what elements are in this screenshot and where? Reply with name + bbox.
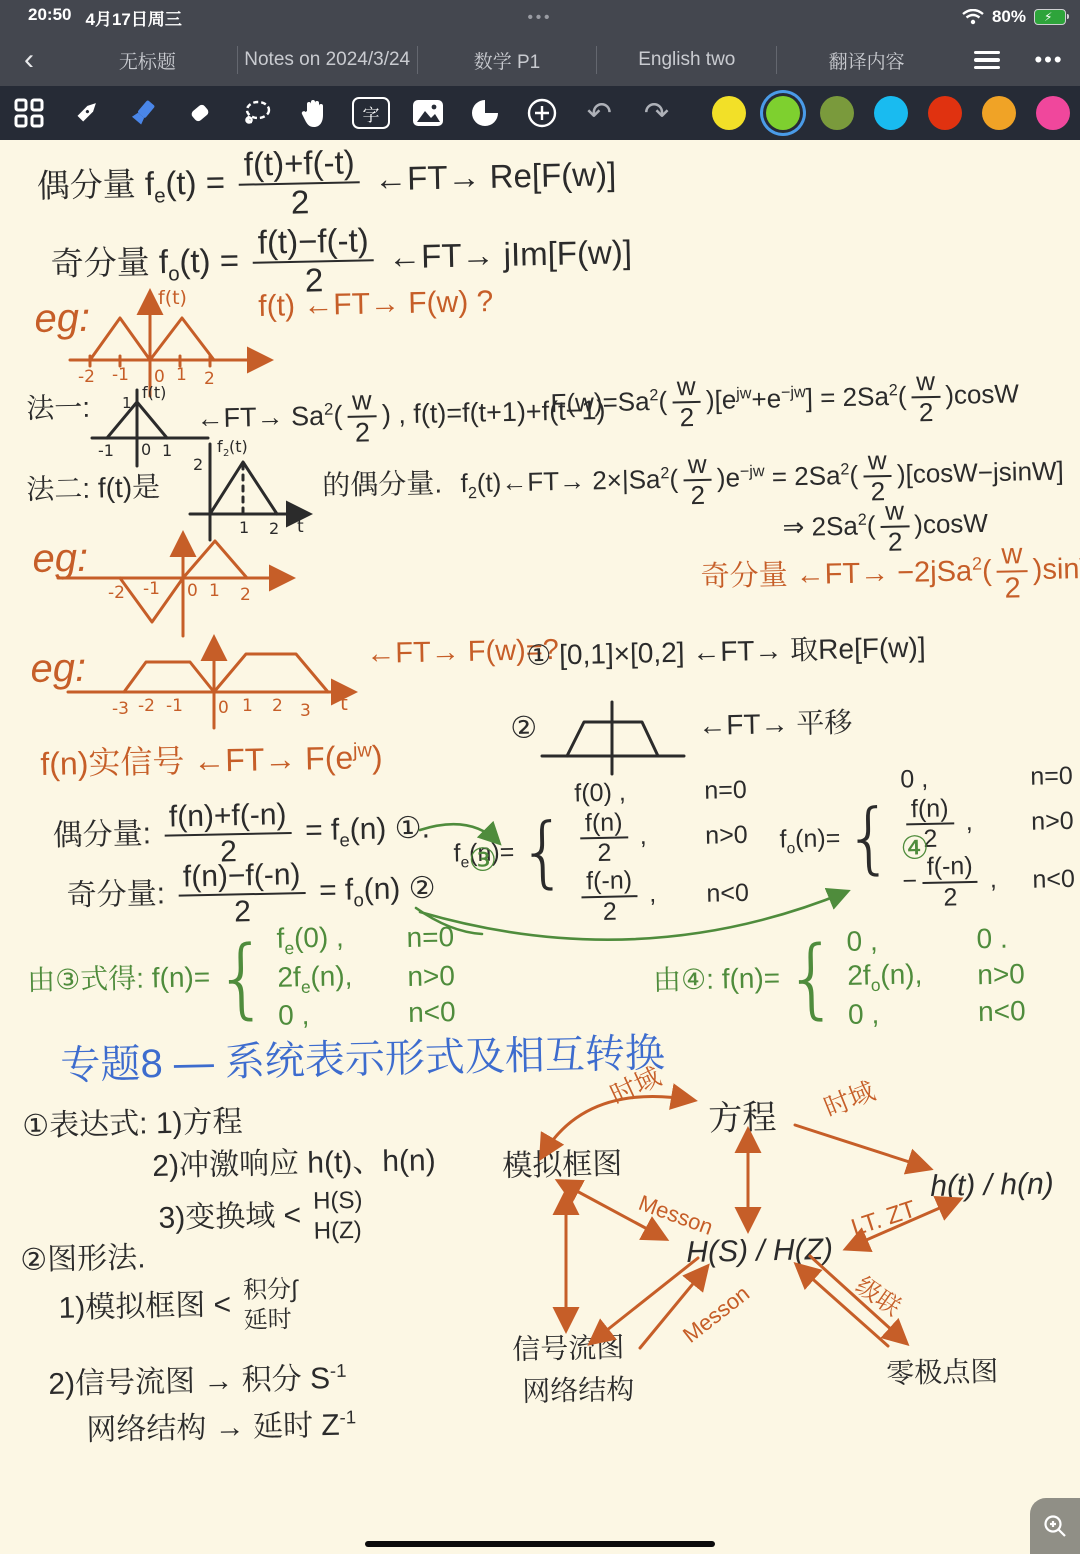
shape-icon[interactable] <box>457 91 514 135</box>
zoom-button[interactable] <box>1030 1498 1080 1554</box>
graph-eg1-double-triangle: -2-1012f(t) <box>70 288 280 400</box>
eraser-icon[interactable] <box>171 91 228 135</box>
back-chevron-icon[interactable]: ‹ <box>0 45 58 75</box>
tab-math-p1[interactable]: 数学 P1 <box>418 47 597 74</box>
grid-icon[interactable] <box>0 91 57 135</box>
svg-text:0: 0 <box>187 581 198 601</box>
svg-text:0: 0 <box>141 440 151 459</box>
svg-text:2: 2 <box>272 696 283 716</box>
tab-notes-date[interactable]: Notes on 2024/3/24 <box>238 49 417 71</box>
expr-item-1: ①表达式: 1)方程 <box>22 1105 243 1144</box>
svg-text:2: 2 <box>193 455 203 474</box>
fn-real-signal: f(n)实信号 ←FT→ F(ejw) <box>40 739 383 783</box>
method-2-label: 法二: f(t)是 <box>26 471 160 506</box>
tab-untitled[interactable]: 无标题 <box>58 47 237 74</box>
svg-text:-1: -1 <box>143 579 160 599</box>
color-swatch-3[interactable] <box>874 96 908 130</box>
eg2-result: 奇分量 ←FT→ −2jSa2(w2)sinW <box>700 537 1080 610</box>
graph-eg3-trapezoids: -3-2-10123t <box>68 636 378 740</box>
svg-text:2: 2 <box>240 585 251 605</box>
text-tool-glyph: 字 <box>363 101 380 126</box>
magnifier-plus-icon <box>1042 1513 1068 1539</box>
eg1-question: f(t) ←FT→ F(w) ? <box>258 285 494 324</box>
page-list-icon[interactable] <box>956 47 1018 74</box>
note-2: ←FT→ 平移 <box>698 707 853 742</box>
home-indicator[interactable] <box>365 1541 715 1547</box>
battery-percent: 80% <box>992 7 1026 27</box>
note-2-num: ② <box>510 711 538 746</box>
svg-text:f(t): f(t) <box>142 383 166 402</box>
color-swatch-2[interactable] <box>820 96 854 130</box>
formula-even-component-t: 偶分量 fe(t) = f(t)+f(-t)2 ←FT→ Re[F(w)] <box>36 140 617 225</box>
svg-text:-1: -1 <box>98 441 114 460</box>
svg-text:-2: -2 <box>78 367 95 387</box>
tab-english-two[interactable]: English two <box>597 49 776 71</box>
color-swatch-0[interactable] <box>712 96 746 130</box>
svg-text:1: 1 <box>162 441 172 460</box>
color-swatch-5[interactable] <box>982 96 1016 130</box>
status-bar: 20:50 4月17日周三 ••• 80% ⚡︎ <box>0 0 1080 34</box>
svg-text:-2: -2 <box>138 696 155 716</box>
green-links <box>380 780 940 990</box>
color-swatches <box>702 96 1080 130</box>
undo-icon[interactable]: ↶ <box>571 91 628 135</box>
svg-text:3: 3 <box>300 701 311 721</box>
svg-text:1: 1 <box>209 581 220 601</box>
graph-method-3: 网络结构 → 延时 Z-1 <box>86 1406 357 1448</box>
wifi-icon <box>962 9 984 25</box>
multitask-dots-icon: ••• <box>528 9 553 26</box>
graph-eg2-odd-triangles: -2-1012 <box>58 532 308 642</box>
svg-text:-2: -2 <box>108 583 125 603</box>
more-menu-icon[interactable]: ••• <box>1018 47 1080 73</box>
redo-icon[interactable]: ↷ <box>628 91 685 135</box>
nav-bar: ‹ 无标题 Notes on 2024/3/24 数学 P1 English t… <box>0 34 1080 86</box>
color-swatch-1[interactable] <box>766 96 800 130</box>
pen-icon[interactable] <box>57 91 114 135</box>
color-swatch-6[interactable] <box>1036 96 1070 130</box>
svg-text:1: 1 <box>176 365 187 385</box>
color-swatch-4[interactable] <box>928 96 962 130</box>
text-tool-icon[interactable]: 字 <box>342 91 399 135</box>
svg-text:f(t): f(t) <box>158 287 187 309</box>
svg-text:-1: -1 <box>166 696 183 716</box>
highlighter-icon[interactable] <box>114 91 171 135</box>
clock: 20:50 <box>28 5 71 30</box>
note-1: ① [0,1]×[0,2] ←FT→ 取Re[F(w)] <box>526 632 926 673</box>
graph-method2-triangle: 2f2(t)12t <box>185 438 320 546</box>
expr-item-2: 2)冲激响应 h(t)、h(n) <box>152 1144 436 1184</box>
method-1-result: F(w)=Sa2(w2)[ejw+e−jw] = 2Sa2(w2)cosW <box>550 366 1020 434</box>
diagram-arrows <box>480 1070 1070 1440</box>
svg-text:0: 0 <box>218 698 229 718</box>
svg-text:-1: -1 <box>112 365 129 385</box>
graph-method: ②图形法. <box>20 1241 146 1278</box>
expr-item-3: 3)变换域 < H(S)H(Z) <box>158 1186 363 1250</box>
hand-icon[interactable] <box>285 91 342 135</box>
svg-text:1: 1 <box>122 394 132 412</box>
date: 4月17日周三 <box>85 5 181 30</box>
method-2-label-2: 的偶分量. <box>322 467 442 502</box>
svg-text:-3: -3 <box>112 699 129 719</box>
svg-text:t: t <box>340 691 348 715</box>
image-icon[interactable] <box>400 91 457 135</box>
tab-translate[interactable]: 翻译内容 <box>777 47 956 74</box>
lasso-icon[interactable] <box>228 91 285 135</box>
svg-text:(t): (t) <box>229 437 248 456</box>
graph-note2-trapezoid <box>542 696 697 776</box>
svg-text:1: 1 <box>242 696 253 716</box>
drawing-toolbar: 字 ↶ ↷ <box>0 86 1080 140</box>
add-icon[interactable] <box>514 91 571 135</box>
note-canvas[interactable]: 偶分量 fe(t) = f(t)+f(-t)2 ←FT→ Re[F(w)]奇分量… <box>0 140 1080 1554</box>
graph-method-2: 2)信号流图 → 积分 S-1 <box>48 1360 347 1403</box>
battery-icon: ⚡︎ <box>1034 9 1066 25</box>
graph-method-1: 1)模拟框图 < 积分∫延时 <box>58 1275 299 1340</box>
tab-strip: 无标题 Notes on 2024/3/24 数学 P1 English two… <box>58 34 956 86</box>
